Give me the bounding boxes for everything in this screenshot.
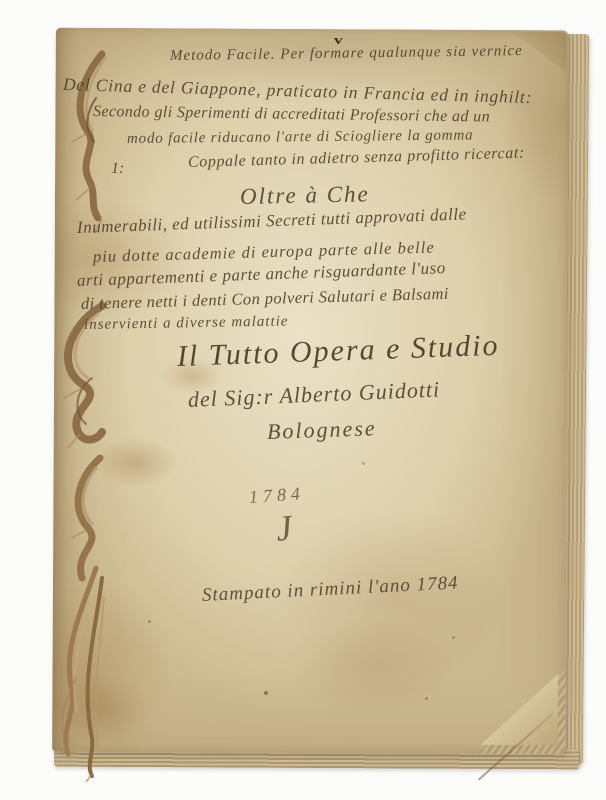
photo-background: v Metodo Facile. Per formare qualunque s…	[0, 0, 606, 800]
foxing-spot	[148, 620, 151, 623]
foxing-spot	[264, 691, 268, 695]
paragraph-number: 1:	[111, 160, 124, 178]
origin-line: Bolognese	[267, 415, 377, 445]
twine-binding	[46, 38, 132, 782]
subtitle-line: Oltre à Che	[240, 181, 370, 210]
foxing-spot	[362, 462, 365, 465]
handwritten-line: modo facile riducano l'arte di Scioglier…	[127, 127, 474, 148]
foxing-spot	[452, 636, 455, 639]
corner-fold	[465, 662, 565, 755]
year-line: 1784	[248, 483, 305, 508]
corner-fold-flap	[477, 672, 561, 748]
handwritten-line: inservienti a diverse malattie	[84, 313, 289, 334]
foxing-spot	[425, 697, 428, 700]
